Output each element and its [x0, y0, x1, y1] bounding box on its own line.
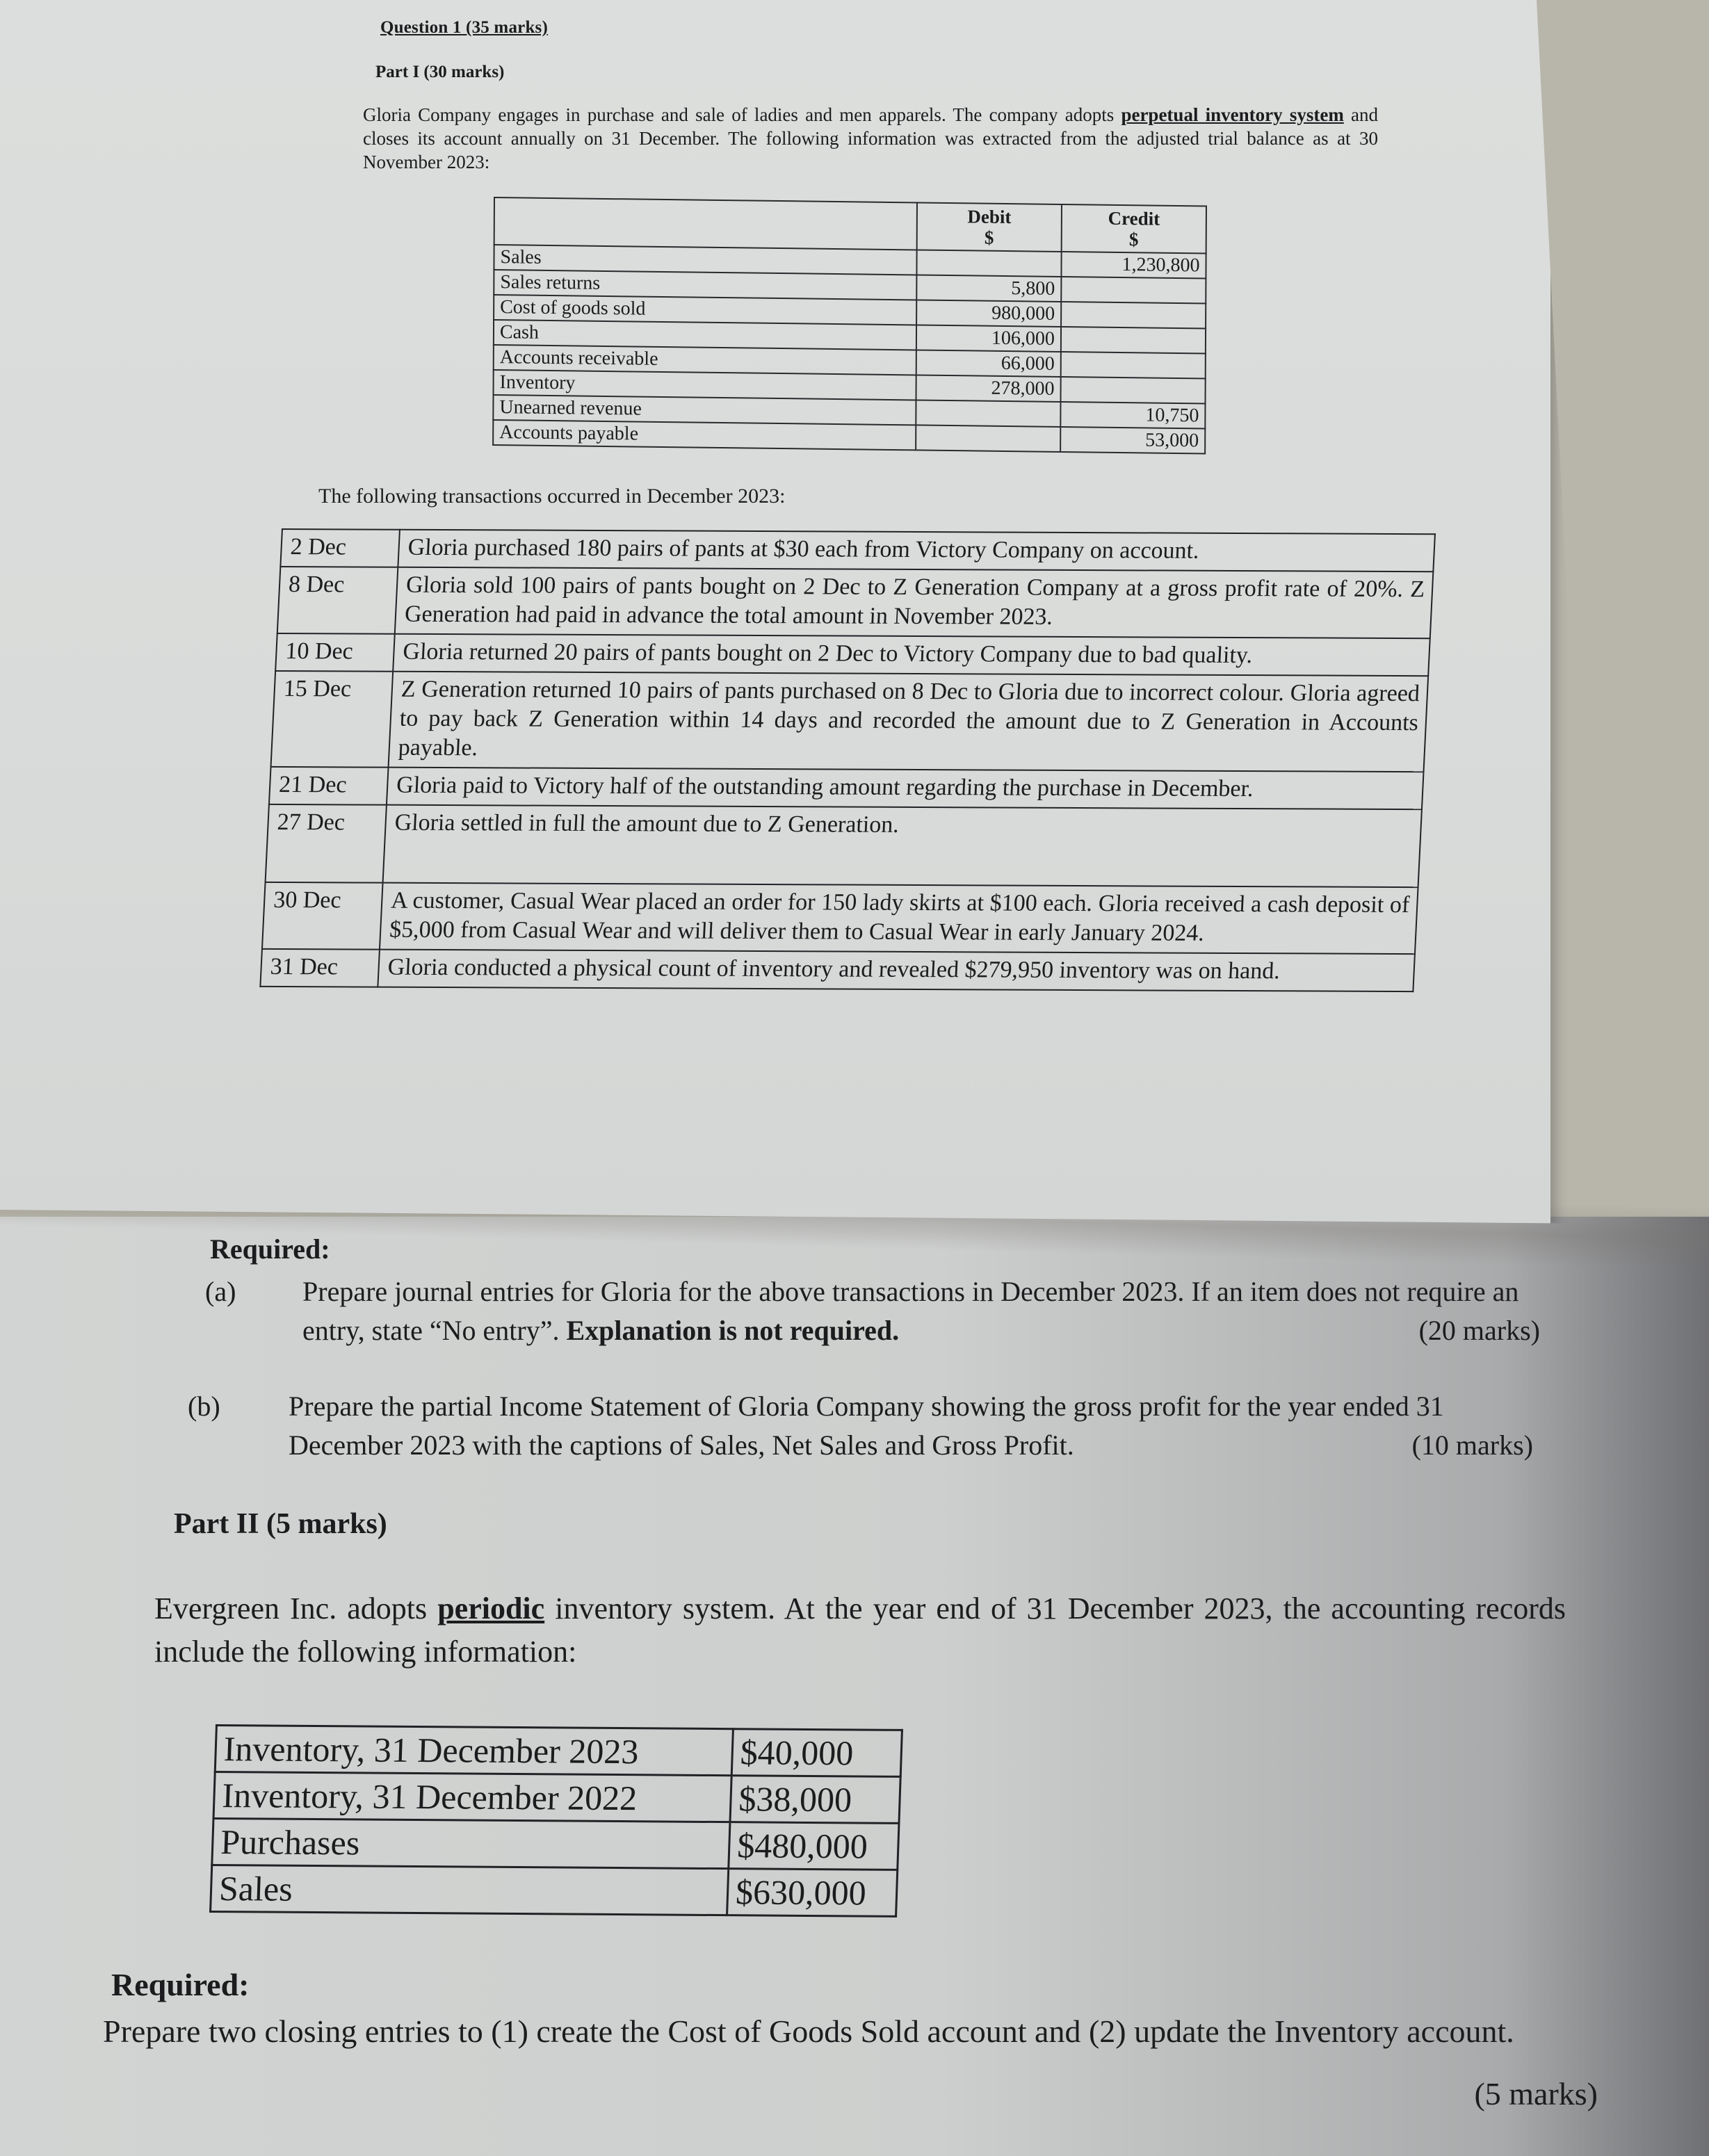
- credit-value: [1061, 327, 1206, 354]
- part2-title: Part II (5 marks): [174, 1507, 387, 1541]
- required-text-part2: Prepare two closing entries to (1) creat…: [103, 2009, 1612, 2054]
- credit-value: 1,230,800: [1061, 252, 1206, 279]
- transaction-date: 10 Dec: [275, 633, 395, 672]
- debit-value: 980,000: [916, 300, 1061, 327]
- header-credit-label: Credit: [1108, 208, 1160, 229]
- transaction-row: 15 Dec Z Generation returned 10 pairs of…: [271, 671, 1429, 772]
- header-debit-label: Debit: [967, 206, 1011, 227]
- transaction-row: 21 Dec Gloria paid to Victory half of th…: [269, 767, 1424, 809]
- debit-value: [916, 250, 1061, 277]
- question-intro: Gloria Company engages in purchase and s…: [363, 103, 1378, 174]
- transaction-date: 15 Dec: [271, 671, 394, 768]
- part2-intro: Evergreen Inc. adopts periodic inventory…: [154, 1587, 1566, 1673]
- credit-value: [1061, 352, 1206, 379]
- part1-title: Part I (30 marks): [375, 63, 504, 82]
- item-label: Inventory, 31 December 2023: [215, 1726, 733, 1776]
- header-credit-unit: $: [1129, 229, 1139, 250]
- item-value: $630,000: [727, 1869, 898, 1917]
- header-debit: Debit$: [917, 202, 1062, 252]
- transaction-date: 8 Dec: [277, 567, 398, 634]
- intro-emphasis: perpetual inventory system: [1121, 104, 1343, 125]
- transaction-row: 8 Dec Gloria sold 100 pairs of pants bou…: [277, 567, 1434, 638]
- item-text: Prepare journal entries for Gloria for t…: [302, 1272, 1540, 1350]
- trial-balance-header: Debit$ Credit$: [494, 197, 1206, 254]
- account-name: Accounts payable: [493, 420, 916, 450]
- transaction-date: 2 Dec: [280, 529, 400, 567]
- debit-value: 106,000: [916, 325, 1061, 352]
- transactions-table: 2 Dec Gloria purchased 180 pairs of pant…: [259, 528, 1436, 992]
- table-row: Inventory, 31 December 2023 $40,000: [215, 1726, 902, 1777]
- transaction-row: 31 Dec Gloria conducted a physical count…: [260, 949, 1415, 991]
- item-value: $38,000: [730, 1776, 900, 1824]
- table-row: Inventory, 31 December 2022 $38,000: [213, 1772, 900, 1823]
- required-heading-part1: Required:: [210, 1233, 330, 1265]
- debit-value: [916, 400, 1060, 427]
- credit-value: [1061, 277, 1206, 304]
- header-debit-unit: $: [985, 227, 994, 248]
- header-account: [494, 197, 917, 250]
- item-marks: (10 marks): [1412, 1426, 1533, 1465]
- item-text-plain: Prepare journal entries for Gloria for t…: [302, 1276, 1518, 1346]
- item-label: Inventory, 31 December 2022: [213, 1772, 731, 1822]
- transaction-description: Z Generation returned 10 pairs of pants …: [389, 672, 1429, 772]
- item-label: Purchases: [212, 1818, 730, 1868]
- transaction-description: Gloria settled in full the amount due to…: [383, 805, 1422, 887]
- part2-intro-before: Evergreen Inc. adopts: [154, 1591, 437, 1626]
- intro-text-before: Gloria Company engages in purchase and s…: [363, 104, 1121, 125]
- transaction-date: 27 Dec: [266, 804, 387, 883]
- table-row: Purchases $480,000: [212, 1818, 899, 1870]
- transaction-description: Gloria conducted a physical count of inv…: [378, 950, 1415, 991]
- item-label: (a): [205, 1272, 236, 1311]
- credit-value: [1060, 377, 1205, 404]
- transaction-description: Gloria sold 100 pairs of pants bought on…: [395, 567, 1434, 638]
- item-marks: (20 marks): [1419, 1311, 1540, 1350]
- transaction-description: Gloria returned 20 pairs of pants bought…: [393, 634, 1430, 676]
- item-text-plain: Prepare the partial Income Statement of …: [289, 1391, 1444, 1461]
- required-item-b: (b) Prepare the partial Income Statement…: [188, 1387, 1544, 1470]
- debit-value: 66,000: [916, 350, 1061, 377]
- item-text: Prepare the partial Income Statement of …: [289, 1387, 1533, 1465]
- debit-value: 278,000: [916, 375, 1060, 402]
- required-item-a: (a) Prepare journal entries for Gloria f…: [205, 1272, 1540, 1356]
- transaction-row: 27 Dec Gloria settled in full the amount…: [266, 804, 1422, 887]
- item-label: (b): [188, 1387, 220, 1426]
- transaction-description: Gloria paid to Victory half of the outst…: [387, 768, 1424, 809]
- transaction-row: 10 Dec Gloria returned 20 pairs of pants…: [275, 633, 1430, 676]
- transaction-date: 30 Dec: [262, 882, 383, 950]
- required-marks-part2: (5 marks): [1474, 2075, 1598, 2112]
- item-value: $40,000: [731, 1729, 902, 1777]
- transactions-intro: The following transactions occurred in D…: [318, 485, 785, 508]
- transaction-date: 21 Dec: [269, 767, 389, 805]
- credit-value: [1061, 302, 1206, 329]
- transaction-row: 30 Dec A customer, Casual Wear placed an…: [262, 882, 1418, 954]
- item-text-bold: Explanation is not required.: [566, 1315, 899, 1346]
- debit-value: 5,800: [916, 275, 1061, 302]
- evergreen-table: Inventory, 31 December 2023 $40,000 Inve…: [209, 1724, 903, 1918]
- part2-intro-emphasis: periodic: [437, 1591, 544, 1626]
- transaction-description: Gloria purchased 180 pairs of pants at $…: [398, 530, 1435, 572]
- transaction-description: A customer, Casual Wear placed an order …: [380, 883, 1418, 954]
- question-title: Question 1 (35 marks): [380, 18, 548, 38]
- transaction-date: 31 Dec: [260, 949, 380, 987]
- item-label: Sales: [211, 1865, 729, 1915]
- header-credit: Credit$: [1062, 204, 1206, 254]
- table-row: Sales $630,000: [211, 1865, 898, 1916]
- credit-value: 53,000: [1060, 427, 1205, 454]
- credit-value: 10,750: [1060, 402, 1205, 429]
- debit-value: [916, 425, 1060, 452]
- transaction-row: 2 Dec Gloria purchased 180 pairs of pant…: [280, 529, 1435, 572]
- required-heading-part2: Required:: [111, 1966, 250, 2003]
- trial-balance-table: Debit$ Credit$ Sales 1,230,800 Sales ret…: [492, 197, 1207, 455]
- item-value: $480,000: [729, 1822, 899, 1870]
